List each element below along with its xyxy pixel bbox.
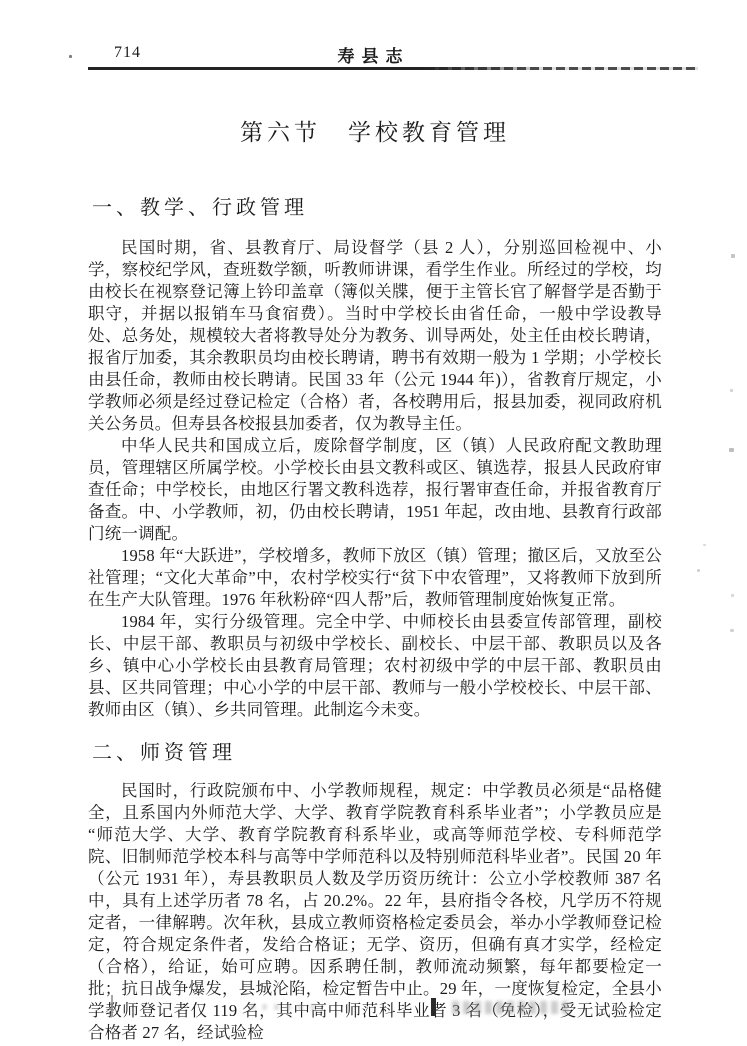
body-paragraph: 1984 年，实行分级管理。完全中学、中师校长由县委宣传部管理，副校长、中层干部… bbox=[88, 611, 662, 721]
scan-speck bbox=[69, 55, 72, 58]
body-paragraph: 民国时，行政院颁布中、小学教师规程，规定：中学教员必须是“品格健全，且系国内外师… bbox=[88, 780, 662, 1044]
scan-speck bbox=[729, 448, 734, 452]
body-paragraph: 民国时期，省、县教育厅、局设督学（县 2 人），分别巡回检视中、小学，察校纪学风… bbox=[88, 237, 662, 435]
scan-speck bbox=[703, 544, 706, 546]
body-paragraph: 1958 年“大跃进”，学校增多，教师下放区（镇）管理；撤区后，又放至公社管理；… bbox=[88, 545, 662, 611]
scan-artifact-bar bbox=[431, 998, 436, 1016]
scanned-book-page: 714 寿县志 第六节 学校教育管理 一、教学、行政管理 民国时期，省、县教育厅… bbox=[0, 0, 747, 1046]
section-title: 第六节 学校教育管理 bbox=[88, 115, 662, 150]
scan-speck bbox=[730, 389, 733, 392]
subsection-heading-teacher-management: 二、师资管理 bbox=[92, 738, 662, 768]
scan-artifact-smudge bbox=[452, 1001, 568, 1014]
text-column: 第六节 学校教育管理 一、教学、行政管理 民国时期，省、县教育厅、局设督学（县 … bbox=[88, 0, 662, 1044]
scan-speck bbox=[697, 569, 700, 572]
body-paragraph: 中华人民共和国成立后，废除督学制度，区（镇）人民政府配文教助理员，管理辖区所属学… bbox=[88, 435, 662, 545]
scan-speck bbox=[730, 629, 734, 632]
scan-speck bbox=[731, 594, 734, 597]
scan-artifact-line bbox=[111, 995, 113, 1017]
subsection-heading-teaching-admin: 一、教学、行政管理 bbox=[92, 193, 662, 223]
scan-artifact-smudge bbox=[250, 1004, 320, 1010]
scan-speck bbox=[731, 254, 735, 258]
